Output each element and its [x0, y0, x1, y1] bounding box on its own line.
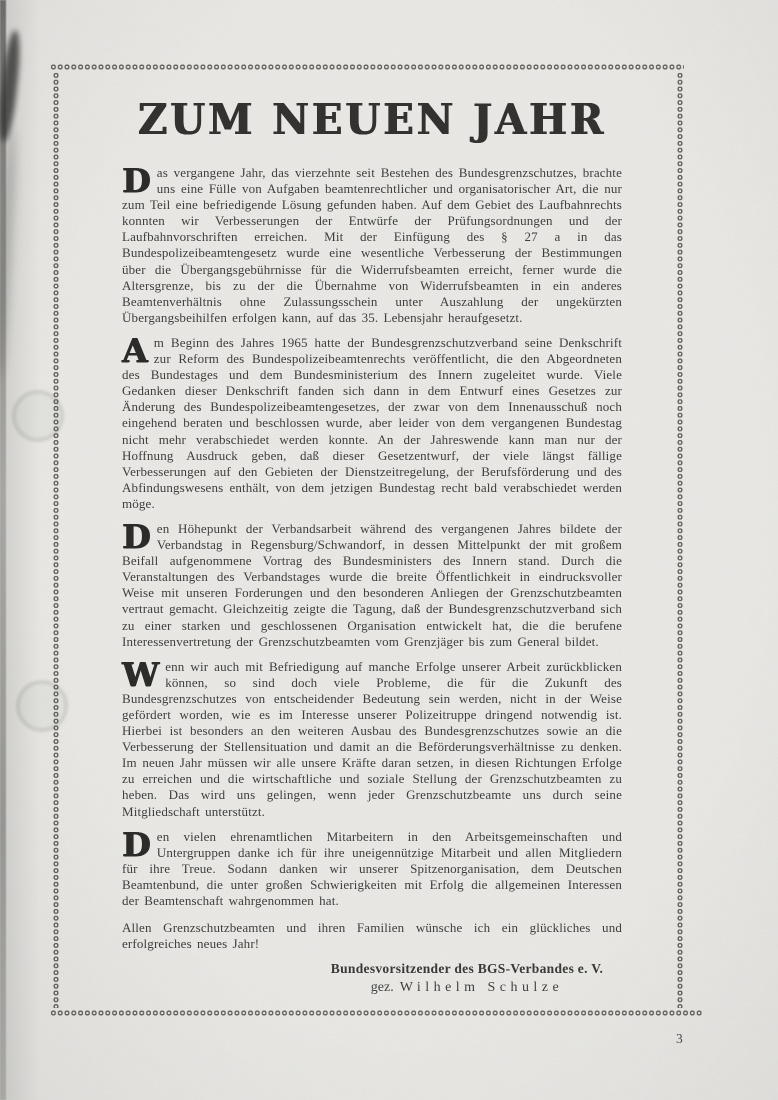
signature-name: Wilhelm Schulze — [400, 980, 563, 995]
page-title: ZUM NEUEN JAHR — [122, 95, 622, 145]
dropcap-initial: D — [122, 829, 157, 859]
paragraph-4: Wenn wir auch mit Befriedigung auf manch… — [122, 659, 622, 820]
paragraph-text: m Beginn des Jahres 1965 hatte der Bunde… — [122, 335, 622, 511]
paragraph-text: en Höhepunkt der Verbandsarbeit während … — [122, 521, 622, 649]
paragraph-1: Das vergangene Jahr, das vierzehnte seit… — [122, 165, 622, 326]
dropcap-initial: D — [122, 521, 157, 551]
chain-border-right — [676, 72, 684, 1008]
signature-prefix: gez. — [371, 980, 394, 995]
paragraph-text: enn wir auch mit Befriedigung auf manche… — [122, 659, 622, 819]
dropcap-initial: W — [122, 659, 165, 689]
signature-name-line: gez.Wilhelm Schulze — [312, 980, 622, 996]
dropcap-initial: A — [122, 335, 154, 365]
paragraph-5: Den vielen ehrenamtlichen Mitarbeitern i… — [122, 829, 622, 909]
chain-border-top — [50, 63, 684, 71]
closing-wish: Allen Grenzschutzbeamten und ihren Famil… — [122, 920, 622, 952]
paragraph-3: Den Höhepunkt der Verbandsarbeit während… — [122, 521, 622, 650]
signature-role: Bundesvorsitzender des BGS-Verbandes e. … — [312, 961, 622, 977]
scanned-page: ZUM NEUEN JAHR Das vergangene Jahr, das … — [0, 0, 778, 1100]
paragraph-text: en vielen ehrenamtlichen Mitarbeitern in… — [122, 829, 622, 908]
chain-border-left — [52, 72, 60, 1008]
article: ZUM NEUEN JAHR Das vergangene Jahr, das … — [122, 96, 622, 996]
paragraph-text: as vergangene Jahr, das vierzehnte seit … — [122, 165, 622, 325]
dropcap-initial: D — [122, 165, 157, 195]
chain-border-bottom — [50, 1009, 703, 1017]
page-number: 3 — [676, 1031, 683, 1047]
signature-block: Bundesvorsitzender des BGS-Verbandes e. … — [122, 961, 622, 996]
paragraph-2: Am Beginn des Jahres 1965 hatte der Bund… — [122, 335, 622, 512]
